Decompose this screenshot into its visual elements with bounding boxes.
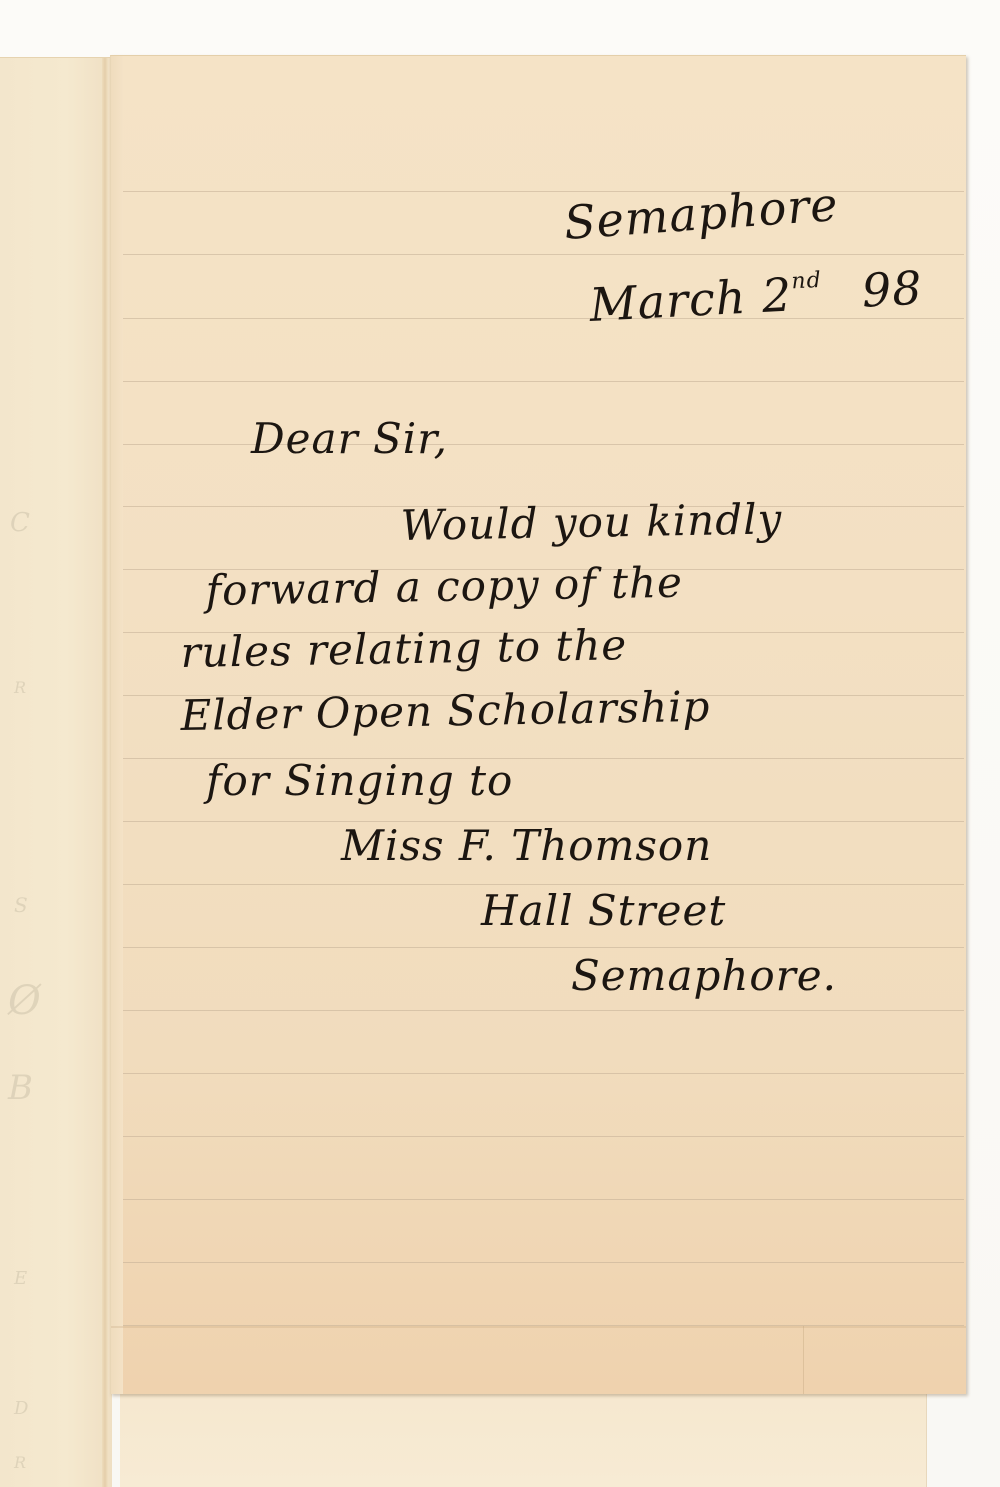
date-year: 98 — [860, 261, 923, 318]
rule-line — [123, 381, 964, 382]
body-line-3: rules relating to the — [180, 620, 627, 677]
rule-line — [123, 1262, 964, 1263]
rule-line — [123, 1136, 964, 1137]
bleed-through-mark: Ø — [8, 978, 41, 1024]
date-ordinal: nd — [791, 268, 823, 295]
bleed-through-mark: S — [14, 893, 28, 917]
heading-place: Semaphore — [562, 177, 840, 250]
address-town: Semaphore. — [571, 951, 837, 1000]
letter-page: Semaphore March 2nd 98 Dear Sir, Would y… — [110, 55, 966, 1394]
bleed-through-mark: E — [14, 1268, 27, 1289]
address-name: Miss F. Thomson — [341, 821, 712, 870]
rule-line — [123, 1199, 964, 1200]
rule-line — [123, 254, 964, 255]
rule-line — [123, 444, 964, 445]
rule-line — [123, 1073, 964, 1074]
address-street: Hall Street — [481, 886, 726, 935]
bleed-through-mark: B — [8, 1068, 33, 1108]
bleed-through-mark: R — [14, 678, 26, 697]
lower-sheet — [120, 1392, 927, 1487]
rule-line — [123, 947, 964, 948]
rule-line — [123, 884, 964, 885]
bleed-through-mark: C — [10, 508, 30, 538]
page-margin-strip — [111, 56, 123, 1394]
bleed-through-mark: D — [14, 1398, 28, 1419]
body-line-2: forward a copy of the — [205, 558, 683, 615]
rule-line — [123, 1010, 964, 1011]
salutation: Dear Sir, — [251, 414, 448, 463]
body-line-1: Would you kindly — [400, 494, 783, 550]
fold-crease — [803, 1326, 804, 1394]
body-line-5: for Singing to — [206, 756, 513, 805]
fold-crease — [111, 1326, 966, 1328]
body-line-4: Elder Open Scholarship — [180, 682, 711, 740]
sheet-gutter — [102, 58, 108, 1487]
rule-line — [123, 191, 964, 192]
heading-date: March 2nd 98 — [588, 261, 924, 332]
left-folded-sheet: C R S Ø B E D R — [0, 57, 112, 1487]
bleed-through-mark: R — [14, 1453, 26, 1472]
date-prefix: March 2 — [588, 267, 793, 332]
